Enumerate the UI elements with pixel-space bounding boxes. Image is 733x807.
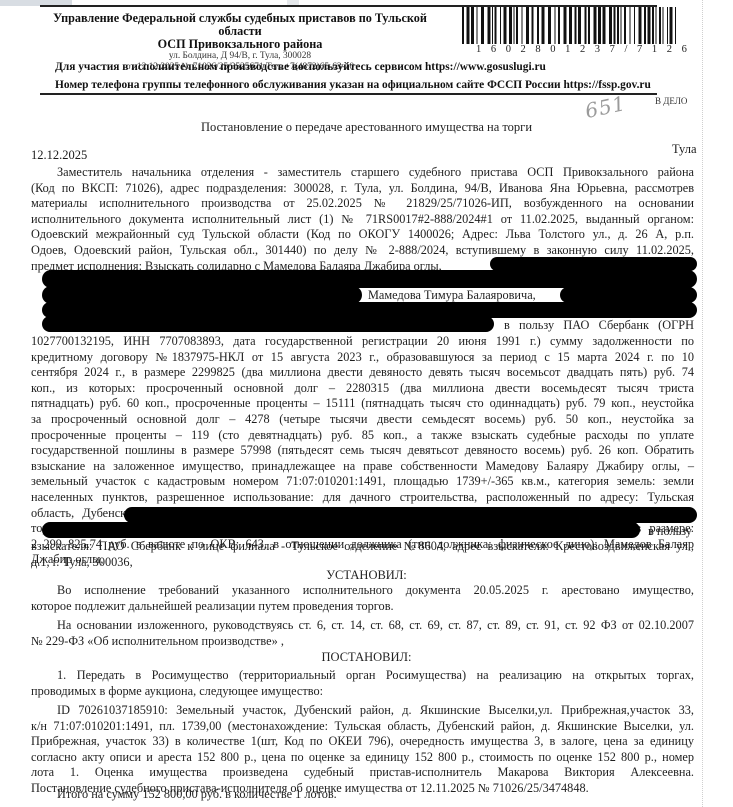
- established-heading: УСТАНОВИЛ:: [0, 568, 733, 583]
- total-line: Итого на сумму 152 800,00 руб. в количес…: [57, 787, 720, 803]
- barcode: [462, 7, 678, 44]
- text-line: 1. Передать в Росимущество (территориаль…: [31, 668, 694, 684]
- text-line: Прибрежная, участок 33) в количестве 1(ш…: [31, 734, 694, 750]
- text-line: к/н 71:07:010201:1491, пл. 1739,00 (мест…: [31, 719, 694, 735]
- header-rule-bottom: [40, 93, 657, 95]
- text-line: исполнительного документа исполнительный…: [31, 212, 694, 228]
- barcode-number: 1602801237/7126: [476, 44, 676, 55]
- gosuslugi-notice: Для участия в исполнительном производств…: [55, 61, 546, 73]
- text-line: материалы исполнительного производства о…: [31, 196, 694, 212]
- redaction: [490, 257, 697, 271]
- creditor-lead: в пользу ПАО Сбербанк (ОГРН: [504, 318, 694, 334]
- text-line: 1027700132195, ИНН 7707083893, дата госу…: [31, 334, 694, 350]
- document-date: 12.12.2025: [31, 148, 87, 163]
- text-line: Заместитель начальника отделения - замес…: [31, 165, 694, 181]
- text-line: взыскание на заложенное имущество, прина…: [31, 459, 694, 475]
- document-title: Постановление о передаче арестованного и…: [0, 120, 733, 135]
- resolved-item-1: 1. Передать в Росимущество (территориаль…: [31, 668, 694, 699]
- claimant-paragraph: взыскателя: ПАО Сбербанк к лице филиала …: [31, 539, 694, 570]
- text-line: сентября 2024 г., в размере 2299825 (два…: [31, 365, 694, 381]
- resolved-heading: ПОСТАНОВИЛ:: [0, 650, 733, 665]
- property-paragraph: ID 70261037185910: Земельный участок, Ду…: [31, 703, 694, 797]
- text-line: коп., из которых: просроченный основной …: [31, 381, 694, 397]
- text-line: пятнадцать) руб. 60 коп., просроченные п…: [31, 396, 694, 412]
- department-name: ОСП Привокзального района: [40, 38, 440, 51]
- text-line: населенных пунктов, разрешенное использо…: [31, 490, 694, 506]
- text-line: № 229-ФЗ «Об исполнительном производстве…: [31, 634, 694, 650]
- text-line: просроченные проценты – 119 (сто девятна…: [31, 428, 694, 444]
- text-line: которое подлежит дальнейшей реализации п…: [31, 599, 694, 615]
- established-paragraph: Во исполнение требований указанного испо…: [31, 583, 694, 614]
- text-line: лота 1. Оценка имущества произведена суд…: [31, 765, 694, 781]
- text-line: кредитному договору №1837975-НКЛ от 15 а…: [31, 350, 694, 366]
- redaction: [42, 316, 494, 332]
- authority-name: Управление Федеральной службы судебных п…: [40, 12, 440, 38]
- text-line: Во исполнение требований указанного испо…: [31, 583, 694, 599]
- phone-notice: Номер телефона группы телефонного обслуж…: [55, 79, 651, 91]
- filing-stamp: В ДЕЛО: [655, 96, 687, 106]
- text-line: согласно акту описи и ареста 152 800 р.,…: [31, 750, 694, 766]
- redaction: [560, 287, 697, 303]
- in-favor-label: в пользу: [648, 524, 694, 540]
- text-line: взыскателя: ПАО Сбербанк к лице филиала …: [31, 539, 694, 555]
- handwritten-number: 651: [583, 91, 628, 123]
- text-line: за просроченный основной долг – 4278 (че…: [31, 412, 694, 428]
- text-line: проводимых в форме аукциона, следующее и…: [31, 684, 694, 700]
- redaction: [124, 507, 697, 523]
- basis-paragraph: На основании изложенного, руководствуясь…: [31, 618, 694, 649]
- text-line: На основании изложенного, руководствуясь…: [31, 618, 694, 634]
- text-line: (Код по ВКСП: 71026), адрес подразделени…: [31, 181, 694, 197]
- text-line: Одоевский межрайонный суд Тульской облас…: [31, 227, 694, 243]
- redaction: [42, 522, 640, 538]
- document-city: Тула: [672, 142, 697, 157]
- text-line: ID 70261037185910: Земельный участок, Ду…: [31, 703, 694, 719]
- text-line: государственной пошлины в размере 57998 …: [31, 443, 694, 459]
- text-line: земельный участок с кадастровым номером …: [31, 474, 694, 490]
